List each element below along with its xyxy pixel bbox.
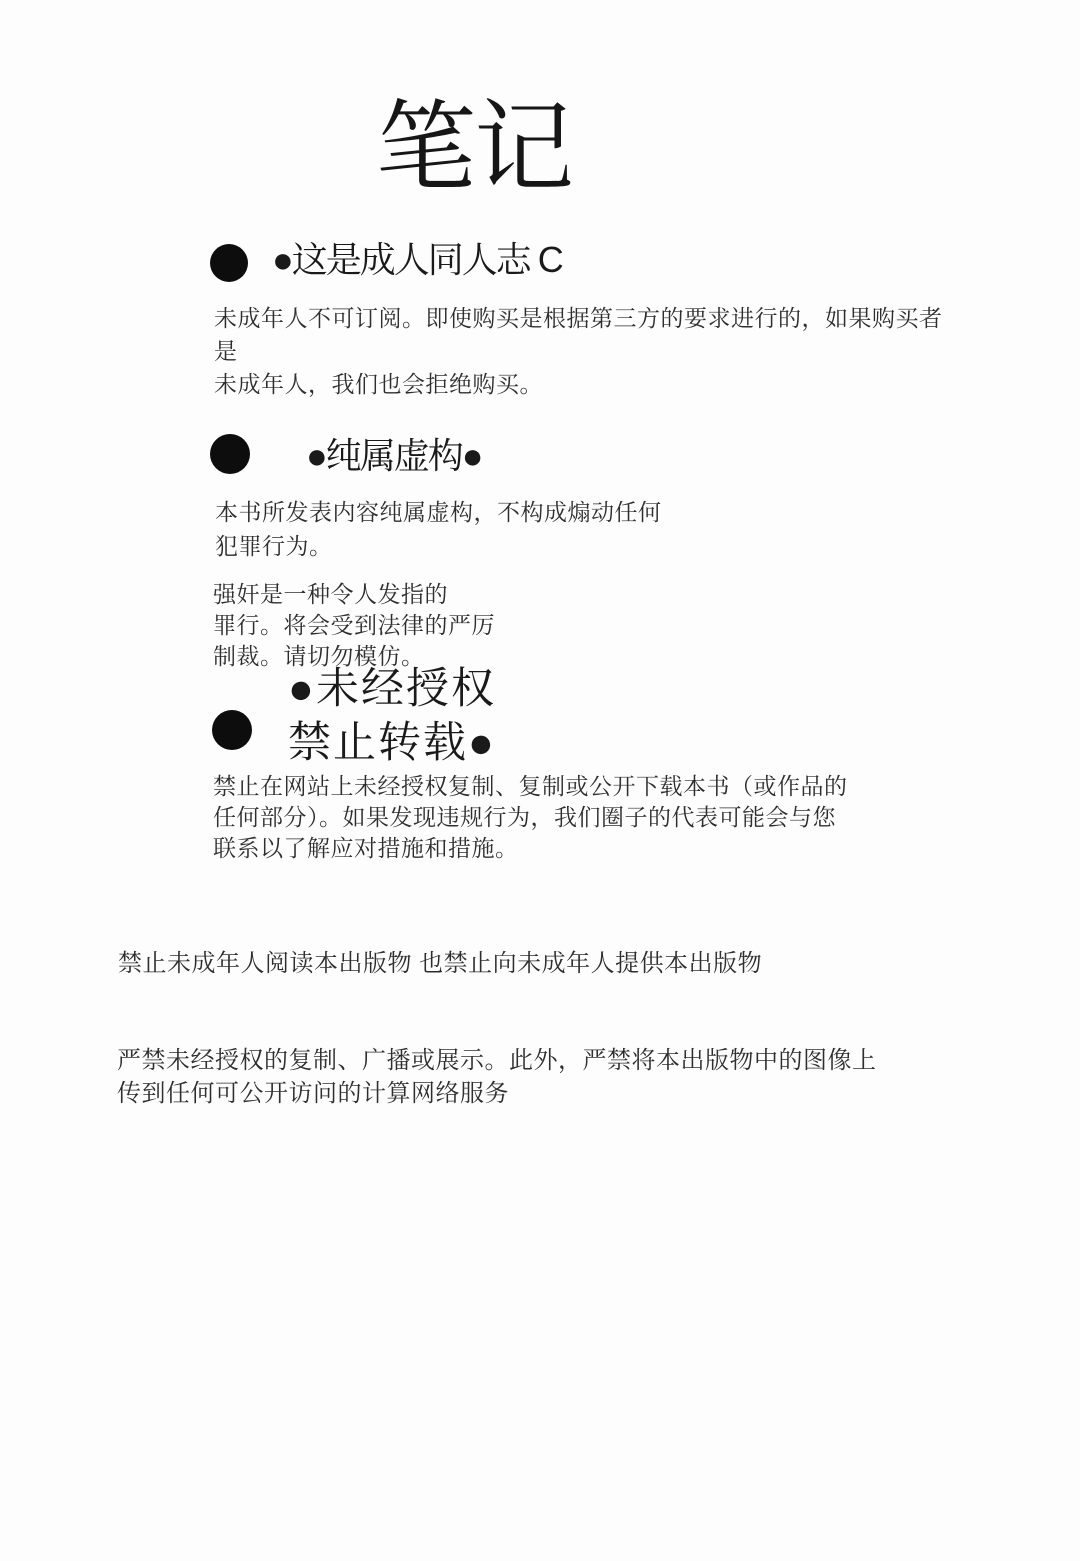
section-bullet-circle — [212, 710, 252, 750]
section-paragraph-no-repost: 禁止在网站上未经授权复制、复制或公开下载本书（或作品的 任何部分）。如果发现违规… — [213, 771, 913, 864]
section-paragraph-fiction-notice: 本书所发表内容纯属虚构，不构成煽动任何 犯罪行为。 — [215, 495, 735, 563]
section-heading-no-repost: ●未经授权 禁止转载● — [288, 662, 496, 770]
document-page: 笔记 ●这是成人同人志 C 未成年人不可订阅。即使购买是根据第三方的要求进行的，… — [0, 0, 1080, 1561]
section-heading-adult-notice: ●这是成人同人志 C — [272, 232, 562, 283]
section-heading-fiction-notice: ●纯属虚构● — [306, 428, 482, 479]
section-paragraph-crime-warning: 强奸是一种令人发指的 罪行。将会受到法律的严厉 制裁。请切勿模仿。 — [213, 579, 633, 672]
section-bullet-circle — [210, 244, 248, 282]
footnote-minors-prohibited: 禁止未成年人阅读本出版物 也禁止向未成年人提供本出版物 — [118, 943, 858, 978]
page-title: 笔记 — [376, 92, 572, 204]
section-paragraph-adult-notice: 未成年人不可订阅。即使购买是根据第三方的要求进行的，如果购买者是 未成年人，我们… — [214, 302, 954, 401]
section-bullet-circle — [210, 434, 250, 474]
footnote-no-unauthorized-copy: 严禁未经授权的复制、广播或展示。此外，严禁将本出版物中的图像上 传到任何可公开访… — [117, 1044, 917, 1110]
